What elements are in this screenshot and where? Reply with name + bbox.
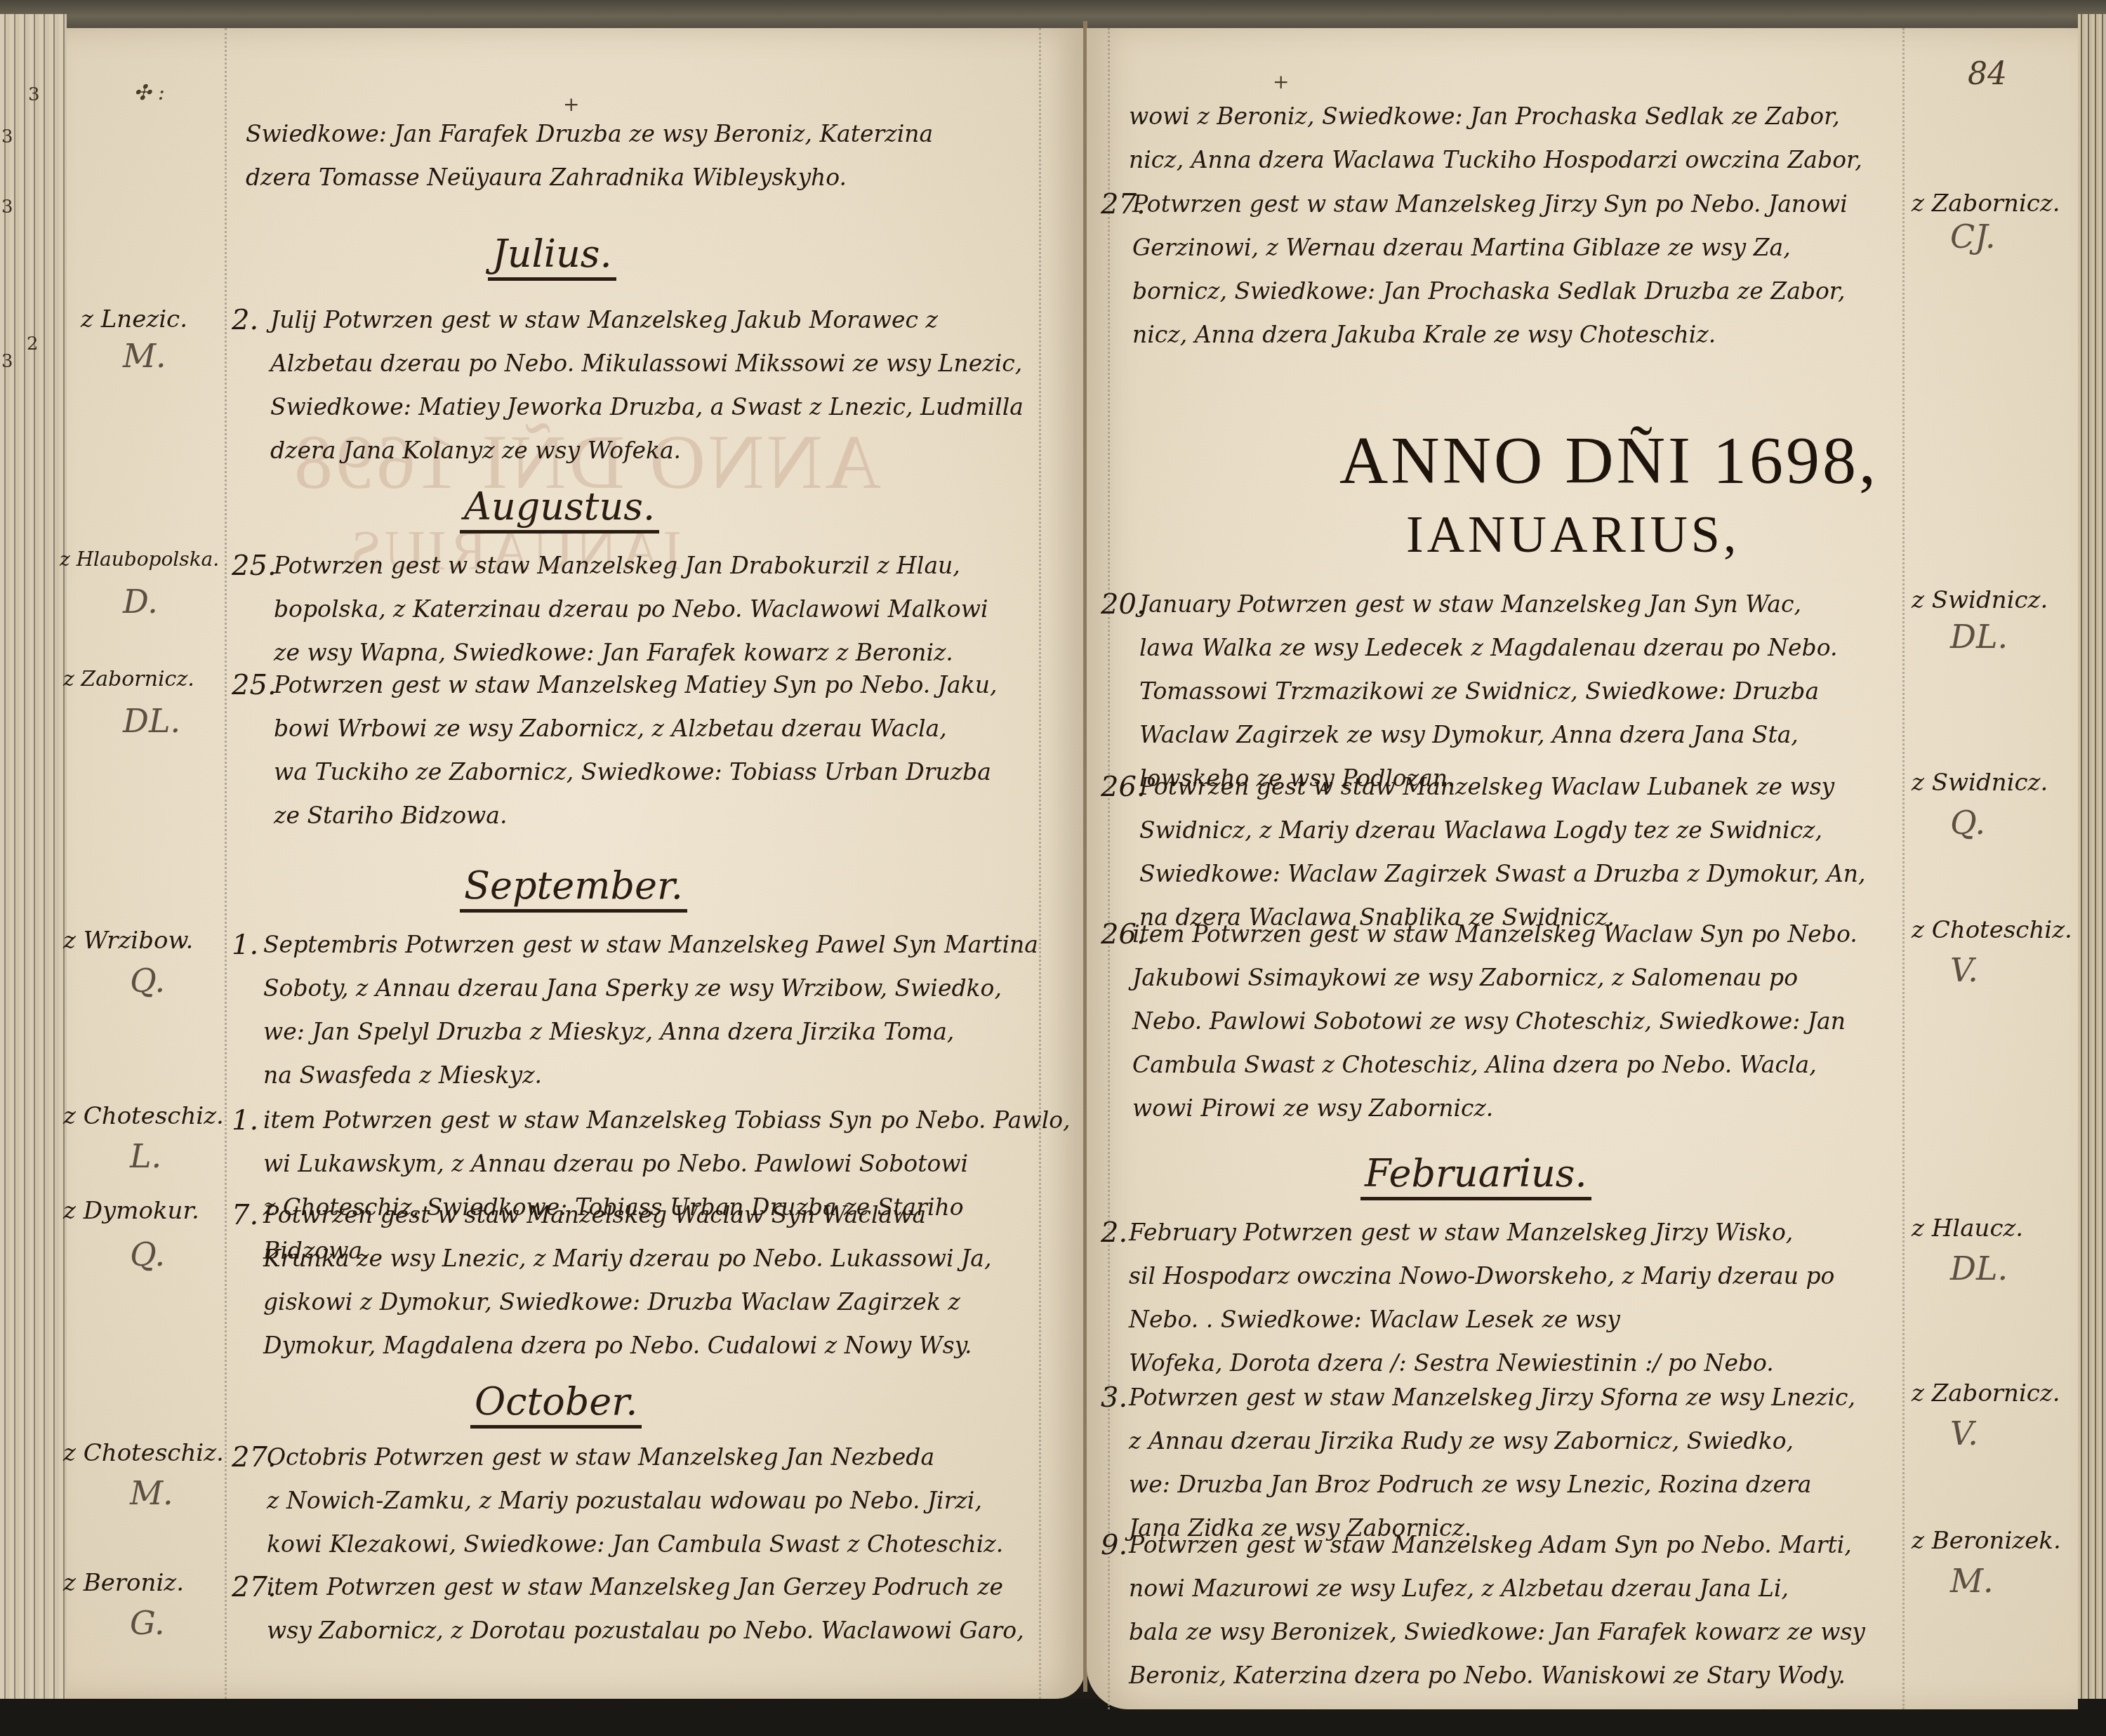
margin-place: z Choteschiz. [63, 1439, 224, 1467]
month-heading-februarius: Februarius. [1360, 1151, 1591, 1200]
margin-place: z Beroniz. [63, 1569, 184, 1597]
year-title: ANNO DÑI 1698, [1339, 421, 1879, 499]
month-heading-augustus: Augustus. [460, 484, 659, 534]
margin-initial: M. [1950, 1562, 1994, 1600]
margin-initial: L. [130, 1137, 161, 1175]
margin-place: z Hlaucz. [1912, 1214, 2023, 1243]
margin-initial: DL. [123, 702, 180, 740]
left-page-stack: 3 3 3 2 3 [0, 14, 67, 1736]
margin-initial: V. [1950, 951, 1978, 989]
margin-rule [1039, 28, 1041, 1699]
margin-place: z Beronizek. [1912, 1527, 2061, 1555]
margin-place: z Swidnicz. [1912, 769, 2048, 797]
marriage-entry: 27. Potwrzen gest w staw Manzelskeg Jirz… [1101, 183, 1848, 357]
margin-initial: Q. [130, 1235, 165, 1273]
open-register-book: 3 3 3 2 3 ANNO DÑI 1698 IANUARIUS ✣ : + … [0, 0, 2106, 1736]
margin-initial: M. [123, 337, 166, 375]
month-heading-julius: Julius. [488, 232, 616, 281]
margin-place: z Swidnicz. [1912, 586, 2048, 614]
margin-initial: G. [130, 1604, 165, 1642]
edge-mark: 3 [1, 197, 13, 218]
marriage-entry: 27. item Potwrzen gest w staw Manzelskeg… [232, 1565, 1024, 1652]
edge-mark: 3 [1, 351, 13, 372]
margin-initial: M. [130, 1474, 173, 1512]
margin-place: z Wrzibow. [63, 927, 193, 955]
margin-place: z Zabornicz. [63, 667, 194, 691]
month-heading-ianuarius: IANUARIUS, [1406, 505, 1740, 565]
marriage-entry: 26. item Potwrzen gest w staw Manzelskeg… [1101, 913, 1857, 1130]
margin-initial: D. [123, 583, 158, 621]
corner-mark: ✣ : [133, 81, 165, 105]
margin-initial: Q. [1950, 804, 1985, 842]
margin-rule [225, 28, 227, 1699]
marriage-entry: 1. Septembris Potwrzen gest w staw Manze… [232, 923, 1038, 1097]
margin-place: z Choteschiz. [1912, 916, 2072, 944]
margin-place: z Dymokur. [63, 1197, 199, 1225]
margin-initial: V. [1950, 1414, 1978, 1452]
folio-number: 84 [1968, 56, 2007, 92]
cross-mark: + [1273, 70, 1289, 93]
margin-rule [1902, 28, 1905, 1709]
month-heading-october: October. [470, 1379, 642, 1429]
margin-place: z Zabornicz. [1912, 1379, 2060, 1407]
marriage-entry: 9. Potwrzen gest w staw Manzelskeg Adam … [1101, 1523, 1865, 1697]
marriage-entry: 25. Potwrzen gest w staw Manzelskeg Mati… [232, 663, 997, 837]
margin-initial: DL. [1950, 1250, 2008, 1287]
margin-initial: CJ. [1950, 218, 1996, 256]
margin-place: z Hlaubopolska. [60, 548, 219, 571]
margin-place: z Choteschiz. [63, 1102, 224, 1130]
marriage-entry: 7. Potwrzen gest w staw Manzelskeg Wacla… [232, 1193, 992, 1367]
marriage-entry: 25. Potwrzen gest w staw Manzelskeg Jan … [232, 544, 988, 675]
marriage-entry: 27. Octobris Potwrzen gest w staw Manzel… [232, 1436, 1003, 1566]
carryover-text: wowi z Beroniz, Swiedkowe: Jan Prochaska… [1129, 95, 1862, 182]
marriage-entry: 2. Julij Potwrzen gest w staw Manzelskeg… [232, 298, 1024, 472]
left-page: ANNO DÑI 1698 IANUARIUS ✣ : + Swiedkowe:… [67, 28, 1085, 1699]
carryover-text: Swiedkowe: Jan Farafek Druzba ze wsy Ber… [246, 112, 933, 199]
month-heading-september: September. [460, 863, 687, 913]
margin-place: z Lnezic. [81, 305, 187, 333]
edge-mark: 3 [1, 126, 13, 147]
marriage-entry: 2. February Potwrzen gest w staw Manzels… [1101, 1211, 1834, 1385]
right-page-stack [2078, 14, 2106, 1736]
edge-mark: 3 [28, 84, 40, 105]
margin-initial: Q. [130, 962, 165, 1000]
right-page: 84 + wowi z Beroniz, Swiedkowe: Jan Proc… [1087, 28, 2078, 1709]
edge-mark: 2 [27, 333, 39, 355]
margin-initial: DL. [1950, 618, 2008, 656]
margin-place: z Zabornicz. [1912, 190, 2060, 218]
